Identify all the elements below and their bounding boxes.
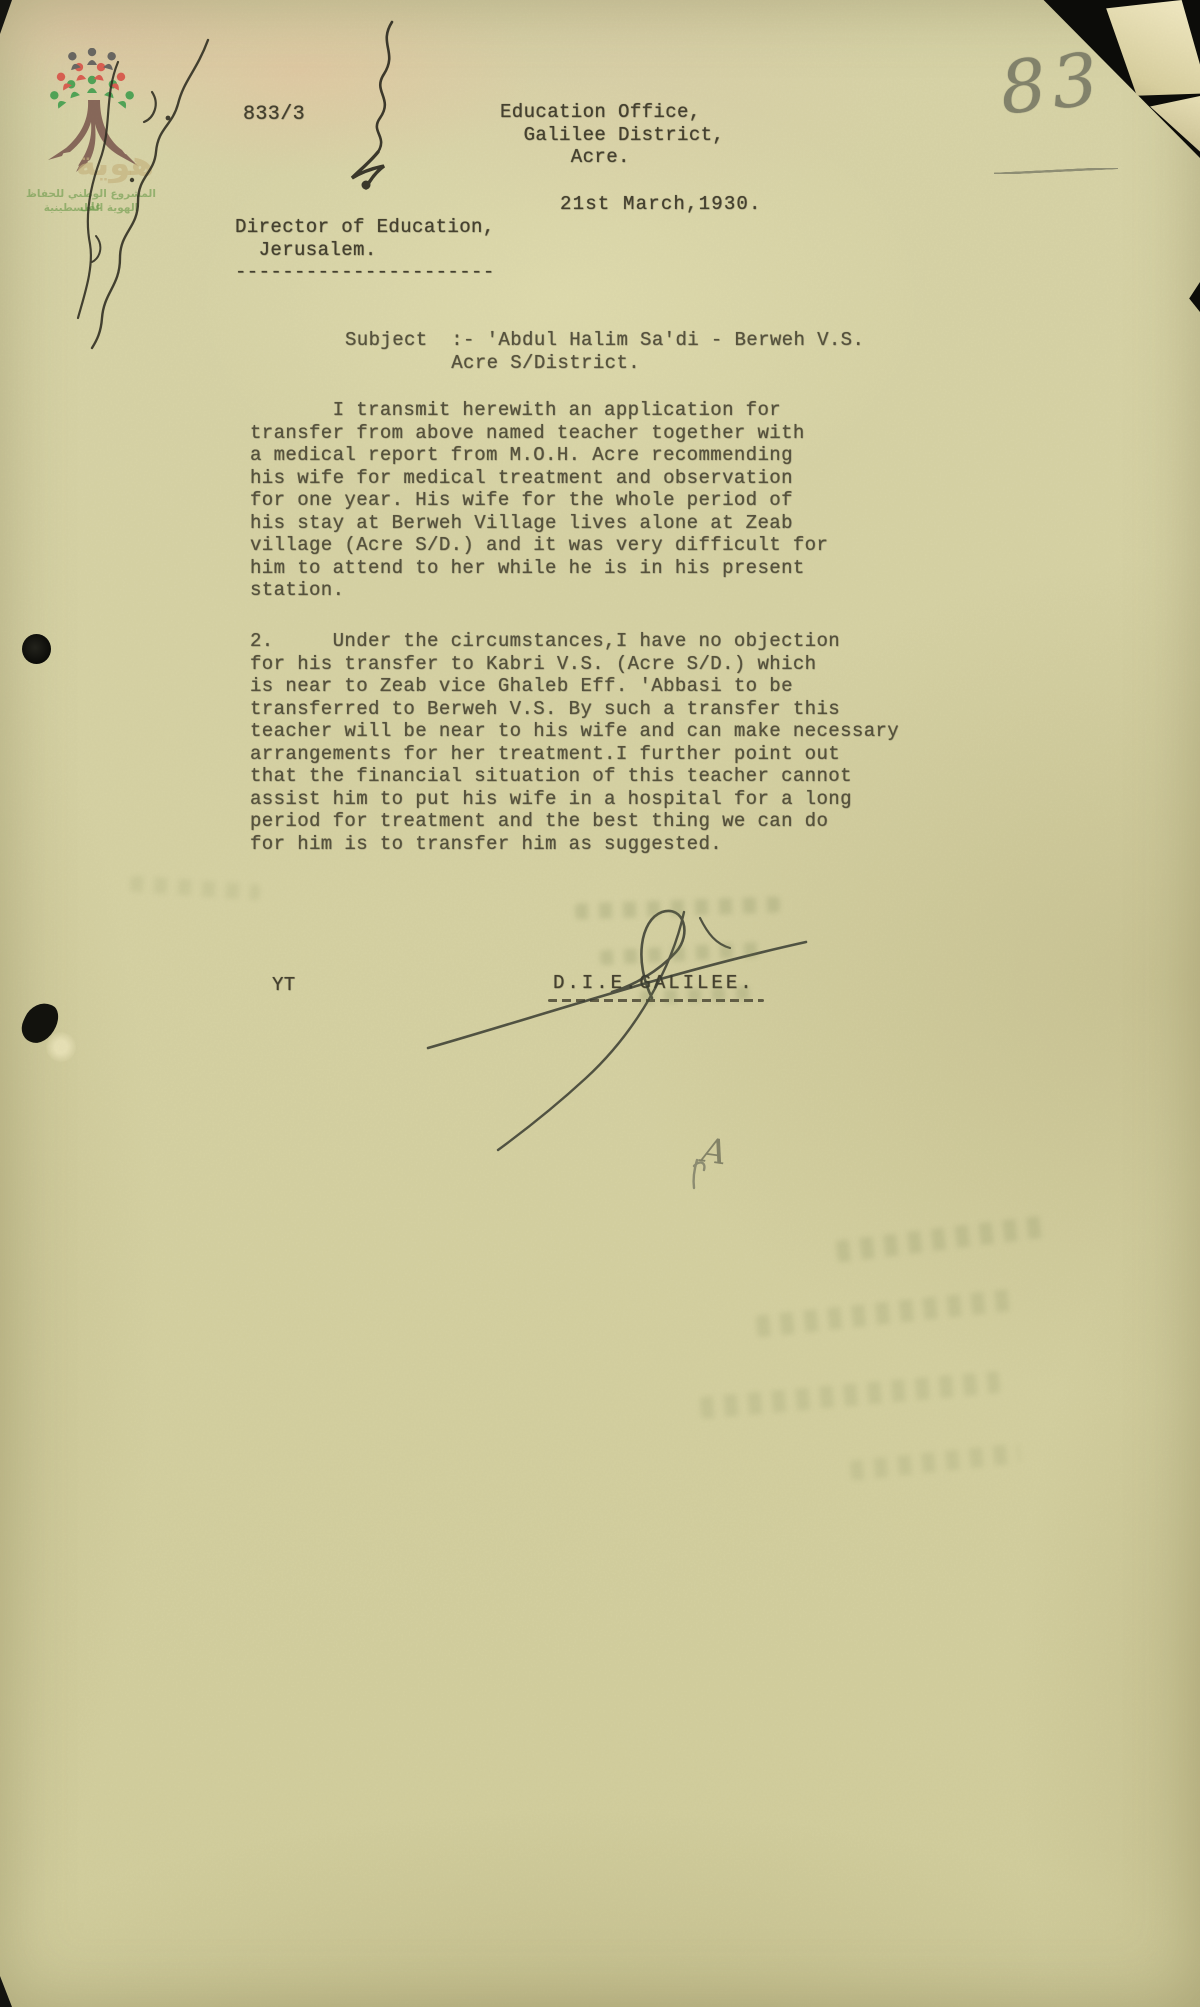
hole-punch [22, 634, 51, 664]
watermark-arabic-subtitle-1: المشروع الوطني للحفاظ على [16, 188, 166, 214]
subject-block: Subject :- 'Abdul Halim Sa'di - Berweh V… [345, 329, 864, 374]
handwritten-signature [0, 0, 1200, 2007]
bleed-through-mark [849, 1443, 1020, 1481]
bleed-through-mark [700, 1371, 1001, 1419]
watermark-arabic-title: هوية [70, 144, 160, 184]
torn-edge-nick [1188, 282, 1200, 312]
scanned-letter-page: هوية المشروع الوطني للحفاظ على الهوية ال… [0, 0, 1200, 2007]
handwritten-arabic-note [0, 0, 1200, 2007]
bleed-through-mark [575, 896, 780, 919]
bleed-through-mark [130, 875, 261, 900]
recipient-block: Director of Education, Jerusalem. ------… [235, 216, 495, 284]
archive-watermark: هوية المشروع الوطني للحفاظ على الهوية ال… [26, 48, 166, 193]
paragraph-2: 2. Under the circumstances,I have no obj… [250, 630, 899, 855]
pencil-annotation-mark [0, 0, 1200, 2007]
pen-scribble [352, 22, 392, 190]
typist-initials: YT [272, 974, 296, 997]
bleed-through-mark [600, 942, 766, 966]
paper-grain-texture [0, 0, 1200, 2007]
bleed-through-mark [835, 1215, 1046, 1262]
sender-address-block: Education Office, Galilee District, Acre… [500, 101, 724, 169]
letter-date: 21st March,1930. [560, 193, 762, 216]
scan-edge-bottom-left [0, 1976, 12, 2007]
signature-title: D.I.E.GALILEE. [553, 972, 755, 995]
paper-flaw-circle [46, 1032, 76, 1062]
folio-underline [994, 168, 1118, 174]
pencil-annotation-letter: A [699, 1130, 729, 1173]
reference-number: 833/3 [243, 104, 305, 127]
paragraph-1: I transmit herewith an application for t… [250, 399, 828, 602]
scan-edge-top-left [0, 0, 12, 34]
watermark-arabic-subtitle-2: الهوية الفلسطينية [16, 202, 166, 215]
tree-people-logo-icon [26, 48, 166, 188]
signature-underline [548, 999, 764, 1002]
bleed-through-mark [756, 1288, 1017, 1337]
